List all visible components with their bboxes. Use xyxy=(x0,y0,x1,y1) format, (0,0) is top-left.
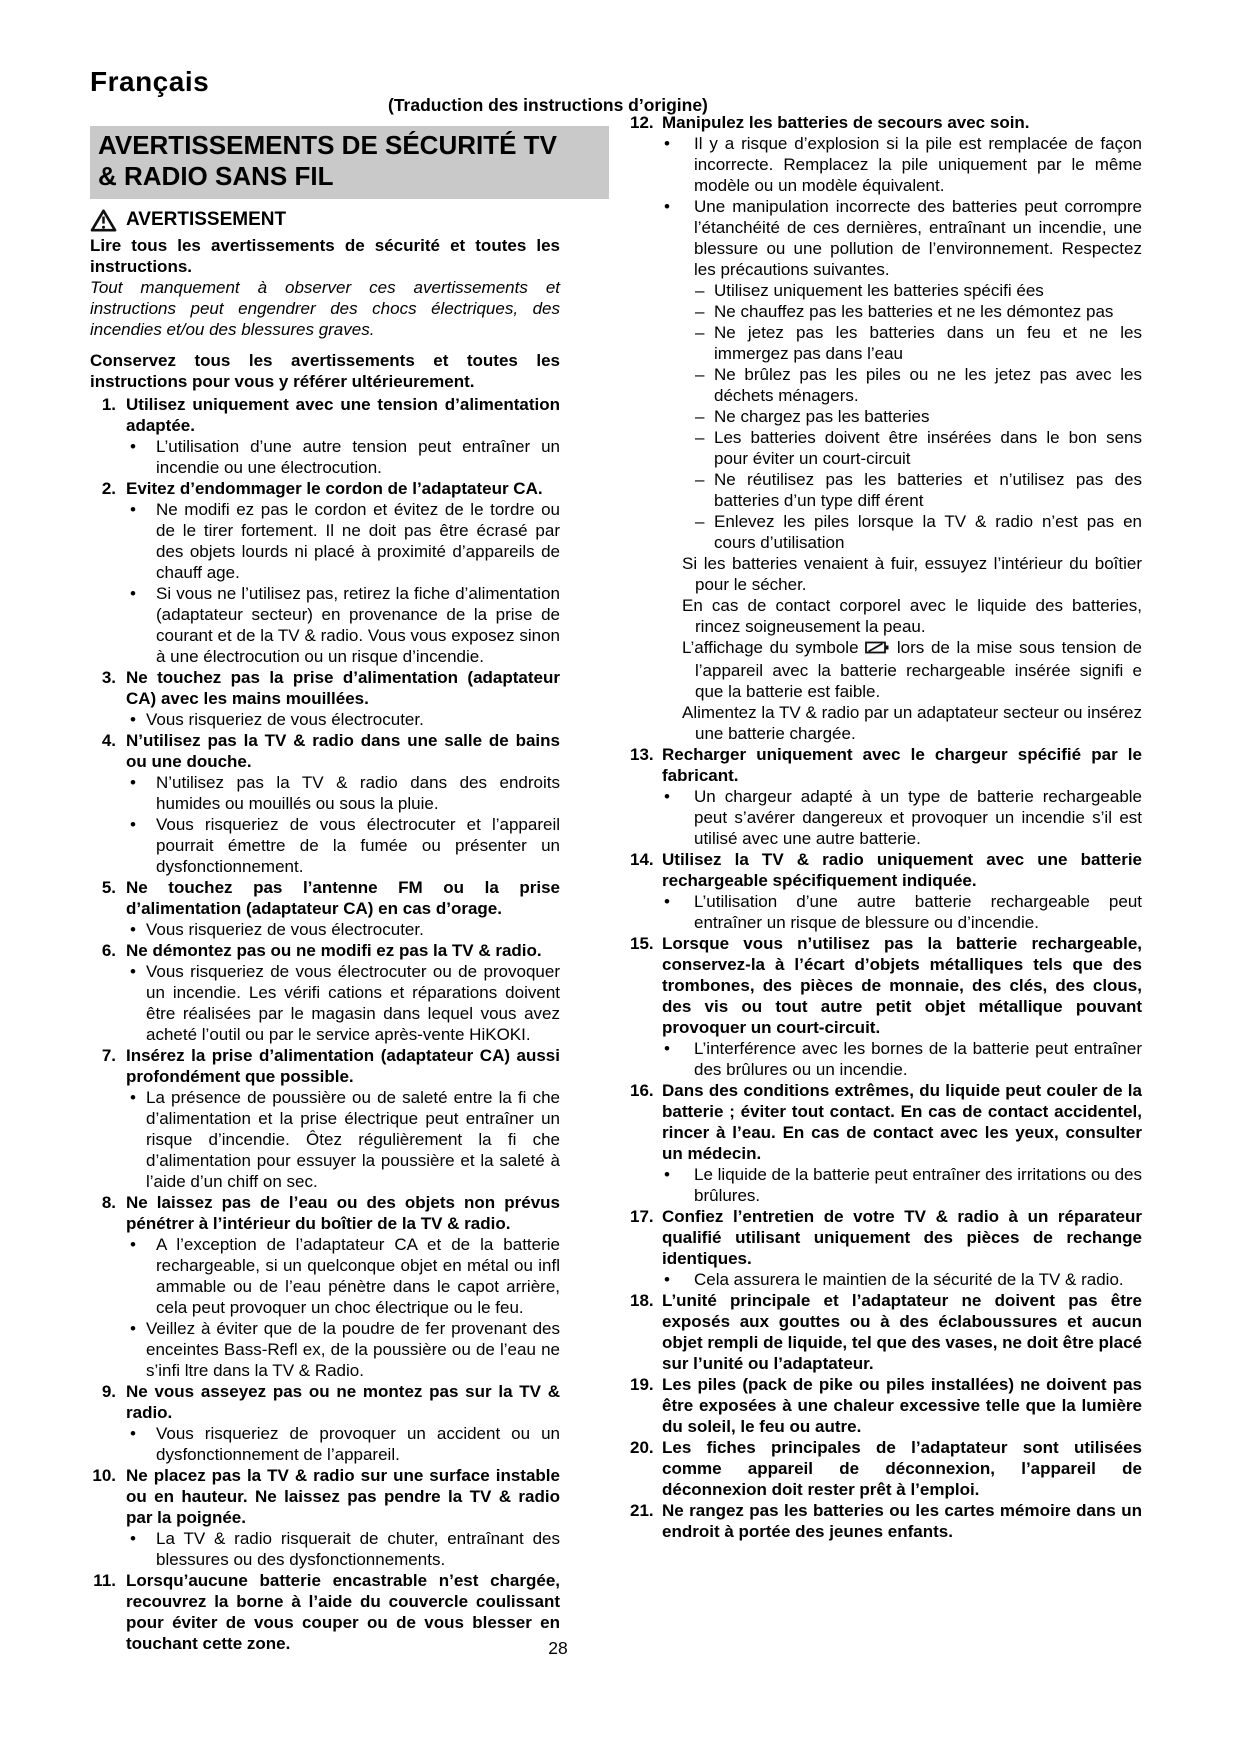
sub-text: L’utilisation d’une autre batterie recha… xyxy=(694,892,1142,932)
note-paragraph: Alimentez la TV & radio par un adaptateu… xyxy=(662,702,1142,744)
sub-text: Vous risqueriez de vous électrocuter ou … xyxy=(146,962,560,1044)
dash-marker: – xyxy=(695,511,704,532)
list-item-3: 3.Ne touchez pas la prise d’alimentation… xyxy=(90,667,560,730)
sub-text: L’utilisation d’une autre tension peut e… xyxy=(156,437,560,477)
warning-consequence: Tout manquement à observer ces avertisse… xyxy=(90,277,560,340)
bullet-item: •Vous risqueriez de vous électrocuter et… xyxy=(126,814,560,877)
sub-text: Vous risqueriez de vous électrocuter et … xyxy=(156,815,560,876)
dash-item: –Ne chauffez pas les batteries et ne les… xyxy=(662,301,1142,322)
item-title: Les fiches principales de l’adaptateur s… xyxy=(662,1437,1142,1500)
bullet-marker: • xyxy=(664,891,670,912)
dash-marker: – xyxy=(695,427,704,448)
bullet-item: •Le liquide de la batterie peut entraîne… xyxy=(662,1164,1142,1206)
list-item-6: 6.Ne démontez pas ou ne modifi ez pas la… xyxy=(90,940,560,1045)
bullet-item: •L’interférence avec les bornes de la ba… xyxy=(662,1038,1142,1080)
bullet-marker: • xyxy=(130,961,136,982)
bullet-item: •La présence de poussière ou de saleté e… xyxy=(126,1087,560,1192)
bullet-item: •Veillez à éviter que de la poudre de fe… xyxy=(126,1318,560,1381)
sub-text: N’utilisez pas la TV & radio dans des en… xyxy=(156,773,560,813)
dash-marker: – xyxy=(695,406,704,427)
bullet-marker: • xyxy=(130,814,136,835)
list-item-5: 5.Ne touchez pas l’antenne FM ou la pris… xyxy=(90,877,560,940)
list-item-4: 4.N’utilisez pas la TV & radio dans une … xyxy=(90,730,560,877)
item-title: L’unité principale et l’adaptateur ne do… xyxy=(662,1290,1142,1374)
bullet-item: •Cela assurera le maintien de la sécurit… xyxy=(662,1269,1142,1290)
sub-text: La TV & radio risquerait de chuter, entr… xyxy=(156,1529,560,1569)
item-title: Utilisez uniquement avec une tension d’a… xyxy=(126,394,560,436)
sub-text: A l’exception de l’adaptateur CA et de l… xyxy=(156,1235,560,1317)
sub-text: Ne jetez pas les batteries dans un feu e… xyxy=(714,323,1142,363)
item-number: 16. xyxy=(630,1080,654,1101)
bullet-item: •Un chargeur adapté à un type de batteri… xyxy=(662,786,1142,849)
item-title: Ne vous asseyez pas ou ne montez pas sur… xyxy=(126,1381,560,1423)
item-title: Evitez d’endommager le cordon de l’adapt… xyxy=(126,478,560,499)
bullet-marker: • xyxy=(664,196,670,217)
section-title-line2: & RADIO SANS FIL xyxy=(98,161,601,192)
sub-text: Vous risqueriez de provoquer un accident… xyxy=(156,1424,560,1464)
battery-low-icon xyxy=(865,639,890,660)
dash-item: –Les batteries doivent être insérées dan… xyxy=(662,427,1142,469)
item-title: Ne placez pas la TV & radio sur une surf… xyxy=(126,1465,560,1528)
list-item-7: 7.Insérez la prise d’alimentation (adapt… xyxy=(90,1045,560,1192)
dash-marker: – xyxy=(695,364,704,385)
sub-text: Cela assurera le maintien de la sécurité… xyxy=(694,1270,1124,1289)
list-item-21: 21.Ne rangez pas les batteries ou les ca… xyxy=(610,1500,1142,1542)
item-number: 21. xyxy=(630,1500,654,1521)
sub-text: Enlevez les piles lorsque la TV & radio … xyxy=(714,512,1142,552)
bullet-marker: • xyxy=(130,499,136,520)
item-number: 13. xyxy=(630,744,654,765)
item-number: 15. xyxy=(630,933,654,954)
list-item-19: 19.Les piles (pack de pike ou piles inst… xyxy=(610,1374,1142,1437)
sub-text: Ne brûlez pas les piles ou ne les jetez … xyxy=(714,365,1142,405)
bullet-marker: • xyxy=(130,1423,136,1444)
warning-triangle-icon xyxy=(90,209,117,232)
section-title-box: AVERTISSEMENTS DE SÉCURITÉ TV & RADIO SA… xyxy=(90,126,609,199)
dash-marker: – xyxy=(695,469,704,490)
page-language-label: Français xyxy=(90,66,209,98)
item-number: 9. xyxy=(90,1381,116,1402)
list-item-16: 16.Dans des conditions extrêmes, du liqu… xyxy=(610,1080,1142,1206)
bullet-item: •Il y a risque d’explosion si la pile es… xyxy=(662,133,1142,196)
left-column: AVERTISSEMENTS DE SÉCURITÉ TV & RADIO SA… xyxy=(90,126,560,1654)
item-number: 5. xyxy=(90,877,116,898)
bullet-item: •La TV & radio risquerait de chuter, ent… xyxy=(126,1528,560,1570)
list-item-14: 14.Utilisez la TV & radio uniquement ave… xyxy=(610,849,1142,933)
warning-heading: AVERTISSEMENT xyxy=(90,208,560,232)
sub-text: Si vous ne l’utilisez pas, retirez la fi… xyxy=(156,584,560,666)
bullet-marker: • xyxy=(664,786,670,807)
dash-marker: – xyxy=(695,280,704,301)
bullet-marker: • xyxy=(130,583,136,604)
item-number: 14. xyxy=(630,849,654,870)
item-title: Ne démontez pas ou ne modifi ez pas la T… xyxy=(126,940,560,961)
sub-text: Une manipulation incorrecte des batterie… xyxy=(694,197,1142,279)
item-number: 12. xyxy=(630,112,654,133)
right-column: 12.Manipulez les batteries de secours av… xyxy=(610,110,1142,1542)
item-number: 1. xyxy=(90,394,116,415)
item-number: 8. xyxy=(90,1192,116,1213)
numbered-list-right: 12.Manipulez les batteries de secours av… xyxy=(610,112,1142,1542)
warning-label: AVERTISSEMENT xyxy=(126,209,286,231)
sub-text: Ne chargez pas les batteries xyxy=(714,407,929,426)
list-item-15: 15.Lorsque vous n’utilisez pas la batter… xyxy=(610,933,1142,1080)
sub-text: Vous risqueriez de vous électrocuter. xyxy=(146,920,424,939)
sub-text: La présence de poussière ou de saleté en… xyxy=(146,1088,560,1191)
sub-text: Le liquide de la batterie peut entraîner… xyxy=(694,1165,1142,1205)
numbered-list-left: 1.Utilisez uniquement avec une tension d… xyxy=(90,394,560,1654)
sub-text: Utilisez uniquement les batteries spécif… xyxy=(714,281,1044,300)
list-item-12: 12.Manipulez les batteries de secours av… xyxy=(610,112,1142,744)
item-title: Ne touchez pas l’antenne FM ou la prise … xyxy=(126,877,560,919)
sub-text: Il y a risque d’explosion si la pile est… xyxy=(694,134,1142,195)
bullet-item: •L’utilisation d’une autre tension peut … xyxy=(126,436,560,478)
sub-text: Ne modifi ez pas le cordon et évitez de … xyxy=(156,500,560,582)
bullet-marker: • xyxy=(130,709,136,730)
bullet-marker: • xyxy=(664,1269,670,1290)
bullet-item: •Vous risqueriez de vous électrocuter ou… xyxy=(126,961,560,1045)
sub-text: Ne chauffez pas les batteries et ne les … xyxy=(714,302,1113,321)
list-item-8: 8.Ne laissez pas de l’eau ou des objets … xyxy=(90,1192,560,1381)
dash-item: –Ne jetez pas les batteries dans un feu … xyxy=(662,322,1142,364)
sub-text: Un chargeur adapté à un type de batterie… xyxy=(694,787,1142,848)
item-number: 3. xyxy=(90,667,116,688)
item-title: Utilisez la TV & radio uniquement avec u… xyxy=(662,849,1142,891)
sub-text: L’interférence avec les bornes de la bat… xyxy=(694,1039,1142,1079)
item-title: Confiez l’entretien de votre TV & radio … xyxy=(662,1206,1142,1269)
bullet-item: •Vous risqueriez de vous électrocuter. xyxy=(126,709,560,730)
item-title: N’utilisez pas la TV & radio dans une sa… xyxy=(126,730,560,772)
item-number: 11. xyxy=(90,1570,116,1591)
item-title: Dans des conditions extrêmes, du liquide… xyxy=(662,1080,1142,1164)
item-title: Recharger uniquement avec le chargeur sp… xyxy=(662,744,1142,786)
dash-item: –Utilisez uniquement les batteries spéci… xyxy=(662,280,1142,301)
list-item-9: 9.Ne vous asseyez pas ou ne montez pas s… xyxy=(90,1381,560,1465)
item-title: Insérez la prise d’alimentation (adaptat… xyxy=(126,1045,560,1087)
item-title: Manipulez les batteries de secours avec … xyxy=(662,112,1142,133)
dash-marker: – xyxy=(695,322,704,343)
item-number: 19. xyxy=(630,1374,654,1395)
bullet-item: •Vous risqueriez de vous électrocuter. xyxy=(126,919,560,940)
bullet-marker: • xyxy=(130,436,136,457)
bullet-item: •Ne modifi ez pas le cordon et évitez de… xyxy=(126,499,560,583)
note-text: L’affichage du symbole xyxy=(682,638,865,657)
list-item-2: 2.Evitez d’endommager le cordon de l’ada… xyxy=(90,478,560,667)
sub-text: Veillez à éviter que de la poudre de fer… xyxy=(146,1319,560,1380)
bullet-item: •L’utilisation d’une autre batterie rech… xyxy=(662,891,1142,933)
bullet-marker: • xyxy=(130,1087,136,1108)
bullet-marker: • xyxy=(130,1528,136,1549)
item-number: 7. xyxy=(90,1045,116,1066)
item-number: 4. xyxy=(90,730,116,751)
warning-lead: Lire tous les avertissements de sécurité… xyxy=(90,235,560,277)
item-title: Ne laissez pas de l’eau ou des objets no… xyxy=(126,1192,560,1234)
manual-page: Français (Traduction des instructions d’… xyxy=(0,0,1241,1754)
list-item-11: 11.Lorsqu’aucune batterie encastrable n’… xyxy=(90,1570,560,1654)
item-title: Ne touchez pas la prise d’alimentation (… xyxy=(126,667,560,709)
bullet-item: •A l’exception de l’adaptateur CA et de … xyxy=(126,1234,560,1318)
list-item-1: 1.Utilisez uniquement avec une tension d… xyxy=(90,394,560,478)
list-item-18: 18.L’unité principale et l’adaptateur ne… xyxy=(610,1290,1142,1374)
item-title: Ne rangez pas les batteries ou les carte… xyxy=(662,1500,1142,1542)
sub-text: Les batteries doivent être insérées dans… xyxy=(714,428,1142,468)
item-title: Les piles (pack de pike ou piles install… xyxy=(662,1374,1142,1437)
dash-item: –Enlevez les piles lorsque la TV & radio… xyxy=(662,511,1142,553)
bullet-item: •Si vous ne l’utilisez pas, retirez la f… xyxy=(126,583,560,667)
item-title: Lorsque vous n’utilisez pas la batterie … xyxy=(662,933,1142,1038)
item-number: 17. xyxy=(630,1206,654,1227)
item-number: 18. xyxy=(630,1290,654,1311)
bullet-item: •Vous risqueriez de provoquer un acciden… xyxy=(126,1423,560,1465)
bullet-marker: • xyxy=(664,1164,670,1185)
bullet-marker: • xyxy=(130,1318,136,1339)
item-number: 2. xyxy=(90,478,116,499)
bullet-item: •N’utilisez pas la TV & radio dans des e… xyxy=(126,772,560,814)
item-number: 10. xyxy=(90,1465,116,1486)
dash-item: –Ne brûlez pas les piles ou ne les jetez… xyxy=(662,364,1142,406)
sub-text: Ne réutilisez pas les batteries et n’uti… xyxy=(714,470,1142,510)
bullet-marker: • xyxy=(130,772,136,793)
list-item-20: 20.Les fiches principales de l’adaptateu… xyxy=(610,1437,1142,1500)
list-item-13: 13.Recharger uniquement avec le chargeur… xyxy=(610,744,1142,849)
dash-item: –Ne réutilisez pas les batteries et n’ut… xyxy=(662,469,1142,511)
sub-text: Vous risqueriez de vous électrocuter. xyxy=(146,710,424,729)
bullet-marker: • xyxy=(130,919,136,940)
bullet-marker: • xyxy=(130,1234,136,1255)
keep-instructions: Conservez tous les avertissements et tou… xyxy=(90,350,560,392)
item-number: 6. xyxy=(90,940,116,961)
dash-marker: – xyxy=(695,301,704,322)
note-paragraph: Si les batteries venaient à fuir, essuye… xyxy=(662,553,1142,595)
bullet-marker: • xyxy=(664,1038,670,1059)
item-title: Lorsqu’aucune batterie encastrable n’est… xyxy=(126,1570,560,1654)
note-paragraph: En cas de contact corporel avec le liqui… xyxy=(662,595,1142,637)
item-number: 20. xyxy=(630,1437,654,1458)
bullet-item: •Une manipulation incorrecte des batteri… xyxy=(662,196,1142,280)
section-title-line1: AVERTISSEMENTS DE SÉCURITÉ TV xyxy=(98,130,601,161)
page-number: 28 xyxy=(538,1638,578,1659)
dash-item: –Ne chargez pas les batteries xyxy=(662,406,1142,427)
list-item-17: 17.Confiez l’entretien de votre TV & rad… xyxy=(610,1206,1142,1290)
note-paragraph: L’affichage du symbole lors de la mise s… xyxy=(662,637,1142,702)
list-item-10: 10.Ne placez pas la TV & radio sur une s… xyxy=(90,1465,560,1570)
bullet-marker: • xyxy=(664,133,670,154)
